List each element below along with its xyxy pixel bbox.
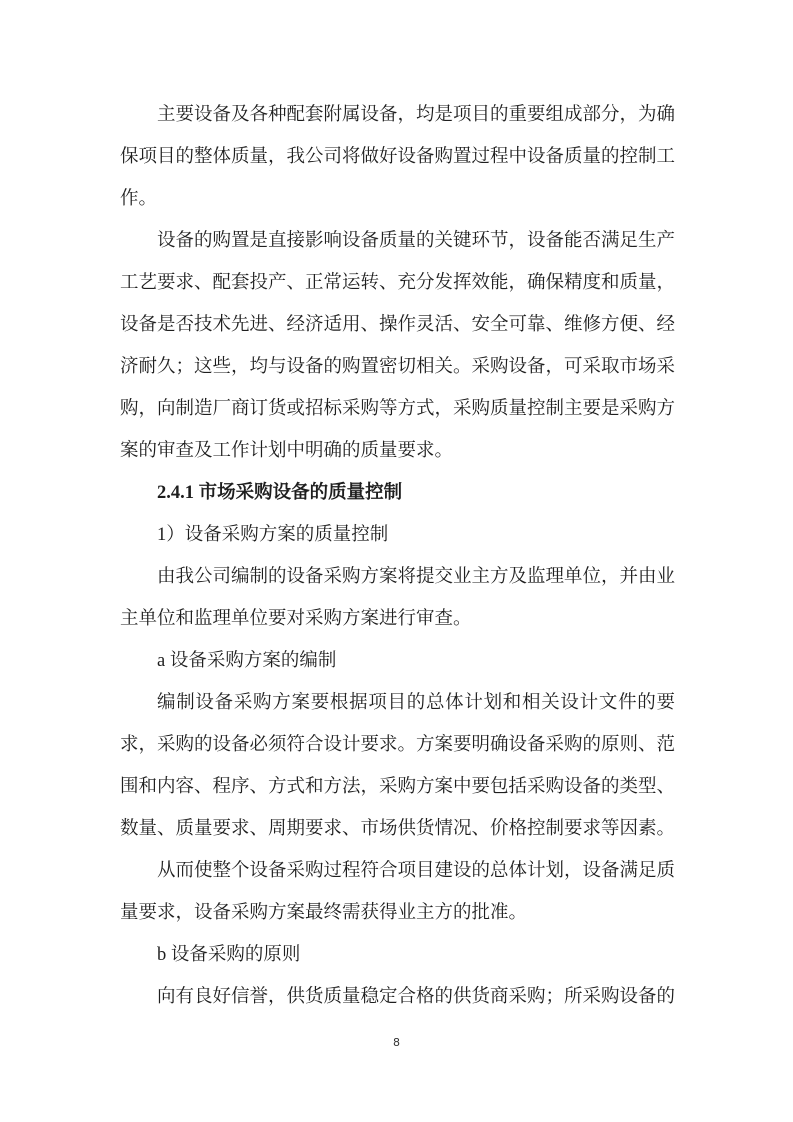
text-line: 案的审查及工作计划中明确的质量要求。 — [120, 430, 675, 472]
text-line: 主要设备及各种配套附属设备，均是项目的重要组成部分，为确 — [120, 94, 675, 136]
paragraph-equipment-overview: 主要设备及各种配套附属设备，均是项目的重要组成部分，为确 保项目的整体质量，我公… — [120, 94, 675, 220]
text-line: 设备的购置是直接影响设备质量的关键环节，设备能否满足生产 — [120, 220, 675, 262]
subheading-procurement-principles: b 设备采购的原则 — [120, 934, 675, 976]
subheading-procurement-plan-quality: 1）设备采购方案的质量控制 — [120, 514, 675, 556]
text-line: 工艺要求、配套投产、正常运转、充分发挥效能，确保精度和质量， — [120, 262, 675, 304]
paragraph-procurement-importance: 设备的购置是直接影响设备质量的关键环节，设备能否满足生产 工艺要求、配套投产、正… — [120, 220, 675, 472]
text-line: 求，采购的设备必须符合设计要求。方案要明确设备采购的原则、范 — [120, 724, 675, 766]
text-line: 保项目的整体质量，我公司将做好设备购置过程中设备质量的控制工 — [120, 136, 675, 178]
paragraph-plan-review: 由我公司编制的设备采购方案将提交业主方及监理单位，并由业 主单位和监理单位要对采… — [120, 556, 675, 640]
text-line: 量要求，设备采购方案最终需获得业主方的批准。 — [120, 892, 675, 934]
text-line: 围和内容、程序、方式和方法，采购方案中要包括采购设备的类型、 — [120, 766, 675, 808]
text-line: 从而使整个设备采购过程符合项目建设的总体计划，设备满足质 — [120, 850, 675, 892]
subheading-plan-preparation: a 设备采购方案的编制 — [120, 640, 675, 682]
text-line: 作。 — [120, 178, 675, 220]
paragraph-plan-approval: 从而使整个设备采购过程符合项目建设的总体计划，设备满足质 量要求，设备采购方案最… — [120, 850, 675, 934]
text-line: 编制设备采购方案要根据项目的总体计划和相关设计文件的要 — [120, 682, 675, 724]
text-line: 向有良好信誉，供货质量稳定合格的供货商采购；所采购设备的 — [120, 976, 675, 1018]
text-line: 购，向制造厂商订货或招标采购等方式，采购质量控制主要是采购方 — [120, 388, 675, 430]
section-heading-2-4-1: 2.4.1 市场采购设备的质量控制 — [120, 472, 675, 514]
paragraph-plan-preparation: 编制设备采购方案要根据项目的总体计划和相关设计文件的要 求，采购的设备必须符合设… — [120, 682, 675, 850]
page-number: 8 — [0, 1036, 793, 1049]
text-line: 设备是否技术先进、经济适用、操作灵活、安全可靠、维修方便、经 — [120, 304, 675, 346]
text-line: 由我公司编制的设备采购方案将提交业主方及监理单位，并由业 — [120, 556, 675, 598]
paragraph-procurement-principles: 向有良好信誉，供货质量稳定合格的供货商采购；所采购设备的 — [120, 976, 675, 1018]
document-page: 主要设备及各种配套附属设备，均是项目的重要组成部分，为确 保项目的整体质量，我公… — [120, 94, 675, 1018]
text-line: 主单位和监理单位要对采购方案进行审查。 — [120, 598, 675, 640]
text-line: 数量、质量要求、周期要求、市场供货情况、价格控制要求等因素。 — [120, 808, 675, 850]
text-line: 济耐久；这些，均与设备的购置密切相关。采购设备，可采取市场采 — [120, 346, 675, 388]
